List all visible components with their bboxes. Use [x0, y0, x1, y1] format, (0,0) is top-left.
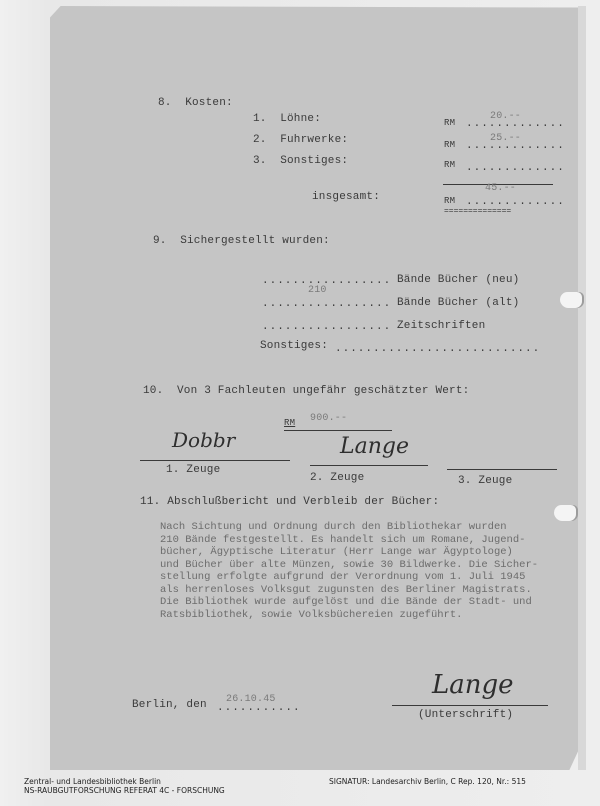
currency-wages: RM	[444, 118, 455, 128]
footer-left: Zentral- und Landesbibliothek BerlinNS-R…	[24, 777, 225, 795]
section10-heading: 10. Von 3 Fachleuten ungefähr geschätzte…	[143, 385, 469, 397]
punch-hole-lower	[554, 505, 576, 521]
label-other-items: Sonstiges:	[260, 340, 328, 352]
witness3-label: 3. Zeuge	[458, 475, 512, 487]
page-edge	[578, 6, 586, 770]
dots-other-items: ...........................	[335, 343, 540, 355]
final-report-text: Nach Sichtung und Ordnung durch den Bibl…	[160, 521, 580, 621]
report-line: bücher, Ägyptische Literatur (Herr Lange…	[160, 546, 580, 559]
dots-journals: .................	[262, 321, 391, 333]
currency-total: RM	[444, 196, 455, 206]
report-line: 210 Bände festgestellt. Es handelt sich …	[160, 534, 580, 547]
witness3-line	[447, 469, 557, 470]
label-old-books: Bände Bücher (alt)	[397, 297, 519, 309]
dots-old-books: .................	[262, 298, 391, 310]
witness2-label: 2. Zeuge	[310, 472, 364, 484]
report-line: Ratsbibliothek, sowie Volksbüchereien zu…	[160, 609, 580, 622]
signature-label: (Unterschrift)	[418, 709, 513, 721]
witness2-signature: Lange	[340, 434, 409, 459]
section9-heading: 9. Sichergestellt wurden:	[153, 235, 330, 247]
report-line: Nach Sichtung und Ordnung durch den Bibl…	[160, 521, 580, 534]
footer-institution: Zentral- und Landesbibliothek Berlin	[24, 777, 225, 786]
cost-label-carts: 2. Fuhrwerke:	[253, 134, 348, 146]
section8-heading: 8. Kosten:	[158, 97, 233, 109]
estimated-value: 900.--	[310, 413, 347, 424]
value-total: 45.--	[485, 183, 516, 194]
value-currency: RM	[284, 418, 295, 428]
dots-other: .............	[466, 162, 565, 174]
currency-carts: RM	[444, 140, 455, 150]
punch-hole-upper	[560, 292, 582, 308]
total-label: insgesamt:	[312, 191, 380, 203]
witness1-line	[140, 460, 290, 461]
report-line: und Bücher über alte Münzen, sowie 30 Bi…	[160, 559, 580, 572]
witness1-label: 1. Zeuge	[166, 464, 220, 476]
final-signature: Lange	[432, 670, 514, 700]
label-journals: Zeitschriften	[397, 320, 485, 332]
label-new-books: Bände Bücher (neu)	[397, 274, 519, 286]
dots-new-books: .................	[262, 275, 391, 287]
footer-signature: SIGNATUR: Landesarchiv Berlin, C Rep. 12…	[329, 777, 526, 786]
date-value: 26.10.45	[226, 694, 276, 705]
place-label: Berlin, den	[132, 699, 207, 711]
report-line: als herrenloses Volksgut zugunsten des B…	[160, 584, 580, 597]
value-old-books: 210	[308, 285, 327, 296]
value-wages: 20.--	[490, 111, 521, 122]
footer-department: NS-RAUBGUTFORSCHUNG REFERAT 4C - FORSCHU…	[24, 786, 225, 795]
report-line: stellung erfolgte aufgrund der Verordnun…	[160, 571, 580, 584]
signature-line	[392, 705, 548, 706]
double-underline: ==============	[444, 207, 511, 216]
report-line: Die Bibliothek wurde aufgelöst und die B…	[160, 596, 580, 609]
value-carts: 25.--	[490, 133, 521, 144]
cost-label-wages: 1. Löhne:	[253, 113, 321, 125]
witness2-line	[310, 465, 428, 466]
value-rule	[284, 430, 392, 431]
section11-heading: 11. Abschlußbericht und Verbleib der Büc…	[140, 496, 439, 508]
currency-other: RM	[444, 160, 455, 170]
cost-label-other: 3. Sonstiges:	[253, 155, 348, 167]
witness1-signature: Dobbr	[172, 428, 235, 452]
